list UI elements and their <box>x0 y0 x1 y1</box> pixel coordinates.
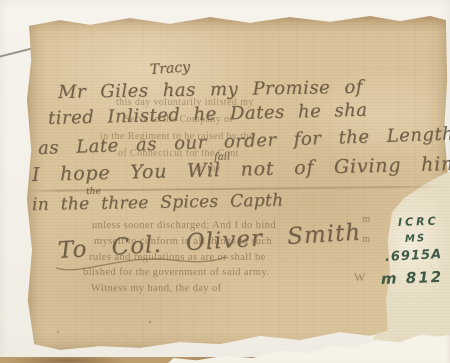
showthrough-fragment: m <box>362 234 371 245</box>
showthrough-fragment: W <box>354 270 366 285</box>
showthrough-fragment: m <box>362 214 371 225</box>
catalog-mark-line: MS <box>405 233 427 245</box>
scanned-manuscript: this day voluntarily inlisted my Serve i… <box>0 0 450 363</box>
showthrough-line: Witness my hand, the day of <box>91 283 222 294</box>
signature-flourish <box>52 248 232 276</box>
catalog-mark-line: m 812 <box>381 268 444 288</box>
interlineation-word: Tracy <box>149 59 190 78</box>
catalog-mark-line: .6915A <box>385 247 443 265</box>
catalog-mark-line: ICRC <box>398 215 439 229</box>
